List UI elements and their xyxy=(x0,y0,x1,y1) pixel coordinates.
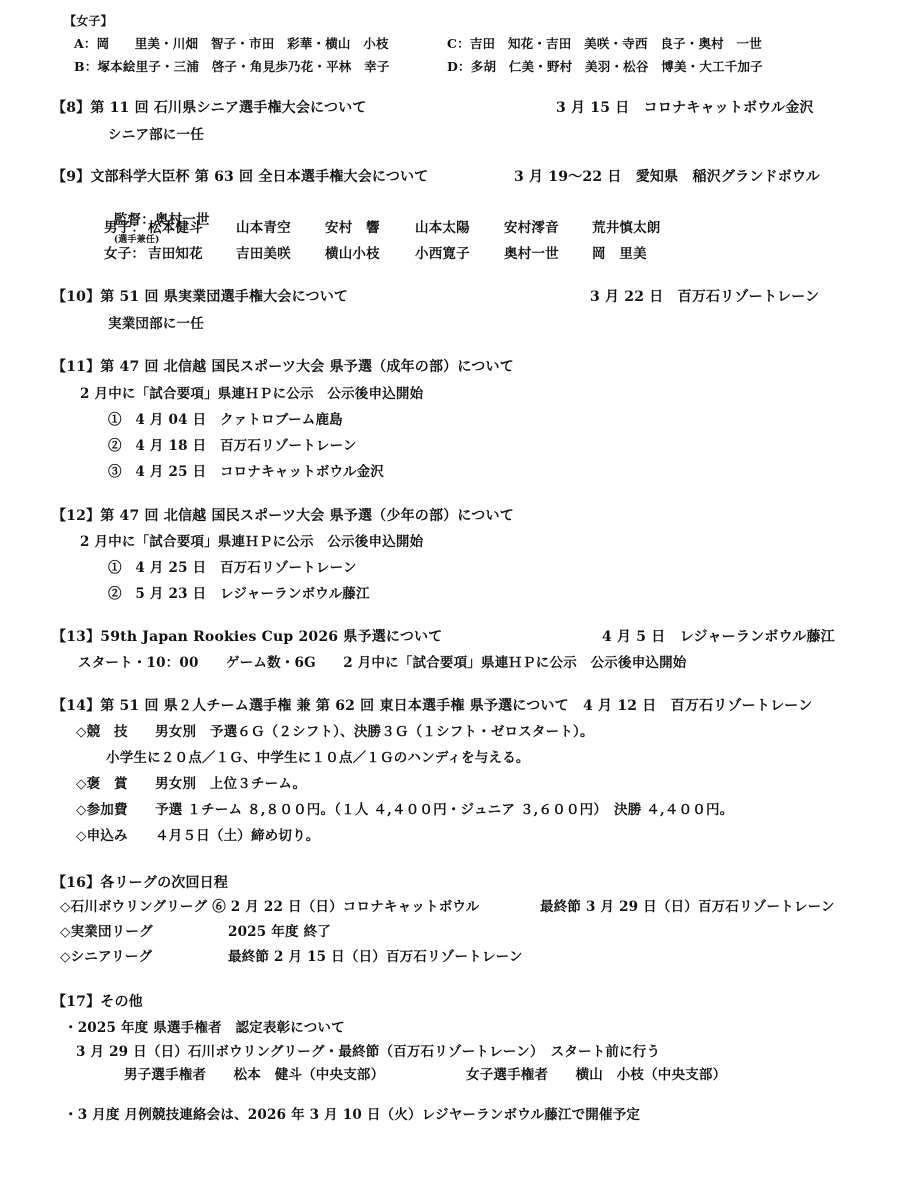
section-14-title: 【14】第 51 回 県２人チーム選手権 兼 第 62 回 東日本選手権 県予選… xyxy=(52,697,812,715)
women-roster-4: 奥村一世 xyxy=(504,245,559,263)
section-14-competition: ◇競 技 男女別 予選６Ｇ（２シフト）、決勝３Ｇ（１シフト・ゼロスタート）。 xyxy=(76,723,594,741)
men-roster-3: 山本太陽 xyxy=(415,219,470,237)
women-roster-2: 横山小枝 xyxy=(325,245,380,263)
women-roster-0: 吉田知花 xyxy=(148,245,203,263)
section-8-note: シニア部に一任 xyxy=(108,126,204,144)
team-d: D：多胡 仁美・野村 美羽・松谷 博美・大工千加子 xyxy=(447,58,763,76)
section-13-note: スタート・10：00 ゲーム数・6G 2 月中に「試合要項」県連ＨＰに公示 公示… xyxy=(78,654,687,672)
section-14-deadline: ◇申込み ４月５日（土）締め切り。 xyxy=(76,827,319,845)
section-12-item-1: ① 4 月 25 日 百万石リゾートレーン xyxy=(108,559,357,577)
team-c: C：吉田 知花・吉田 美咲・寺西 良子・奥村 一世 xyxy=(447,35,762,53)
section-9-date-venue: 3 月 19～22 日 愛知県 稲沢グランドボウル xyxy=(514,168,820,186)
league-corporate-status: 2025 年度 終了 xyxy=(228,923,331,941)
section-14-fee: ◇参加費 予選 １チーム ８,８００円。（１人 ４,４００円・ジュニア ３,６０… xyxy=(76,801,733,819)
men-roster-5: 荒井慎太朗 xyxy=(592,219,661,237)
league-senior: ◇シニアリーグ xyxy=(60,948,152,966)
section-14-award: ◇褒 賞 男女別 上位３チーム。 xyxy=(76,775,306,793)
men-roster-4: 安村澪音 xyxy=(504,219,559,237)
section-8-date-venue: 3 月 15 日 コロナキャットボウル金沢 xyxy=(556,99,814,117)
women-roster-5: 岡 里美 xyxy=(592,245,647,263)
league-senior-final: 最終節 2 月 15 日（日）百万石リゾートレーン xyxy=(228,948,523,966)
men-roster-0: 松本健斗 xyxy=(148,219,203,237)
league-corporate: ◇実業団リーグ xyxy=(60,923,153,941)
women-roster-label: 女子： xyxy=(104,245,145,263)
men-roster-1: 山本青空 xyxy=(236,219,291,237)
section-12-item-2: ② 5 月 23 日 レジャーランボウル藤江 xyxy=(108,585,370,603)
section-14-handicap: 小学生に２０点／１Ｇ、中学生に１０点／１Ｇのハンディを与える。 xyxy=(106,749,530,767)
league-ishikawa: ◇石川ボウリングリーグ ⑥ 2 月 22 日（日）コロナキャットボウル xyxy=(60,898,479,916)
section-8-title: 【8】第 11 回 石川県シニア選手権大会について xyxy=(52,99,367,117)
women-champion: 女子選手権者 横山 小枝（中央支部） xyxy=(466,1066,726,1084)
award-title: ・2025 年度 県選手権者 認定表彰について xyxy=(64,1019,345,1037)
section-11-item-3: ③ 4 月 25 日 コロナキャットボウル金沢 xyxy=(108,463,384,481)
section-11-item-2: ② 4 月 18 日 百万石リゾートレーン xyxy=(108,437,357,455)
section-10-title: 【10】第 51 回 県実業団選手権大会について xyxy=(52,288,348,306)
monthly-meeting: ・3 月度 月例競技連絡会は、2026 年 3 月 10 日（火）レジヤーランボ… xyxy=(64,1106,640,1124)
men-roster-2: 安村 響 xyxy=(325,219,380,237)
section-17-title: 【17】その他 xyxy=(52,993,143,1011)
men-champion: 男子選手権者 松本 健斗（中央支部） xyxy=(124,1066,384,1084)
award-when: 3 月 29 日（日）石川ボウリングリーグ・最終節（百万石リゾートレーン） スタ… xyxy=(76,1043,660,1061)
section-11-item-1: ① 4 月 04 日 クァトロブーム鹿島 xyxy=(108,411,343,429)
section-13-title: 【13】59th Japan Rookies Cup 2026 県予選について xyxy=(52,628,442,646)
section-11-title: 【11】第 47 回 北信越 国民スポーツ大会 県予選（成年の部）について xyxy=(52,358,514,376)
league-ishikawa-final: 最終節 3 月 29 日（日）百万石リゾートレーン xyxy=(540,898,835,916)
section-11-note: 2 月中に「試合要項」県連ＨＰに公示 公示後申込開始 xyxy=(80,385,423,403)
section-16-title: 【16】各リーグの次回日程 xyxy=(52,874,228,892)
men-roster-label: 男子： xyxy=(104,219,145,237)
section-12-note: 2 月中に「試合要項」県連ＨＰに公示 公示後申込開始 xyxy=(80,533,423,551)
women-roster-3: 小西寛子 xyxy=(415,245,470,263)
women-teams-header: 【女子】 xyxy=(64,12,113,30)
section-13-date-venue: 4 月 5 日 レジャーランボウル藤江 xyxy=(602,628,835,646)
section-12-title: 【12】第 47 回 北信越 国民スポーツ大会 県予選（少年の部）について xyxy=(52,507,514,525)
team-b: B：塚本絵里子・三浦 啓子・角見歩乃花・平林 幸子 xyxy=(74,58,390,76)
team-a: A：岡 里美・川畑 智子・市田 彩華・横山 小枝 xyxy=(74,35,389,53)
section-10-note: 実業団部に一任 xyxy=(108,315,204,333)
women-roster-1: 吉田美咲 xyxy=(236,245,291,263)
section-9-title: 【9】文部科学大臣杯 第 63 回 全日本選手権大会について xyxy=(52,168,428,186)
section-10-date-venue: 3 月 22 日 百万石リゾートレーン xyxy=(590,288,819,306)
